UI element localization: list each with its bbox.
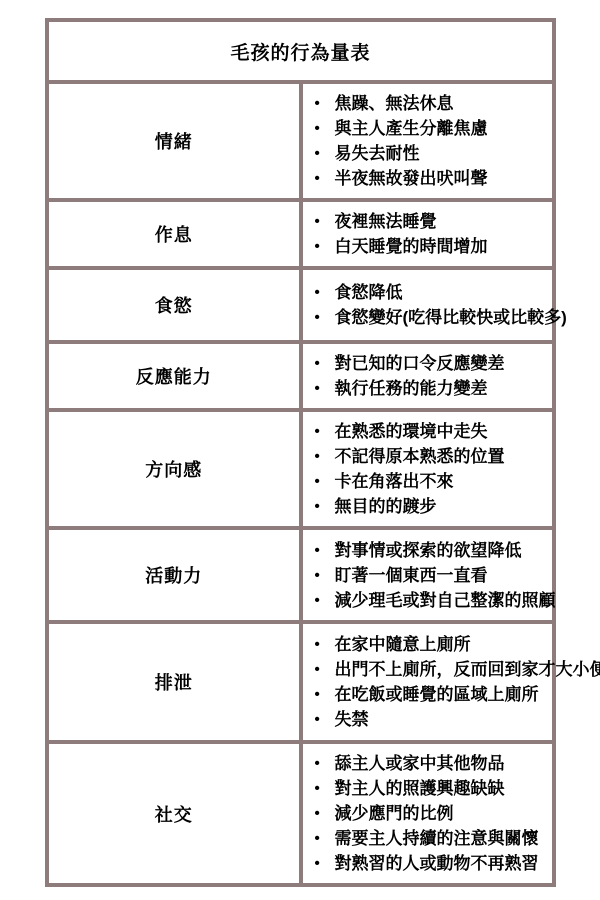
behavior-text: 需要主人持續的注意與關懷 <box>335 826 539 851</box>
category-label: 活動力 <box>47 528 301 622</box>
bullet-icon: • <box>315 851 335 876</box>
behavior-text: 半夜無故發出吠叫聲 <box>335 166 488 191</box>
behavior-text: 盯著一個東西一直看 <box>335 563 488 588</box>
table-row: 方向感•在熟悉的環境中走失•不記得原本熟悉的位置•卡在角落出不來•無目的的踱步 <box>47 410 554 528</box>
behavior-text: 在家中隨意上廁所 <box>335 632 471 657</box>
bullet-icon: • <box>315 280 335 305</box>
behavior-list: •食慾降低•食慾變好(吃得比較快或比較多) <box>301 268 555 342</box>
behavior-text: 執行任務的能力變差 <box>335 376 488 401</box>
behavior-list: •夜裡無法睡覺•白天睡覺的時間增加 <box>301 200 555 268</box>
behavior-text: 對主人的照護興趣缺缺 <box>335 776 505 801</box>
bullet-icon: • <box>315 419 335 444</box>
category-label: 食慾 <box>47 268 301 342</box>
category-label: 情緒 <box>47 82 301 200</box>
behavior-text: 夜裡無法睡覺 <box>335 209 437 234</box>
bullet-icon: • <box>315 444 335 469</box>
behavior-text: 不記得原本熟悉的位置 <box>335 444 505 469</box>
behavior-text: 對已知的口令反應變差 <box>335 351 505 376</box>
table-row: 食慾•食慾降低•食慾變好(吃得比較快或比較多) <box>47 268 554 342</box>
bullet-icon: • <box>315 588 335 613</box>
bullet-icon: • <box>315 116 335 141</box>
behavior-text: 在熟悉的環境中走失 <box>335 419 488 444</box>
bullet-icon: • <box>315 91 335 116</box>
behavior-text: 無目的的踱步 <box>335 494 437 519</box>
behavior-item: •對已知的口令反應變差 <box>315 351 545 376</box>
behavior-list: •在家中隨意上廁所•出門不上廁所，反而回到家才大小便•在吃飯或睡覺的區域上廁所•… <box>301 622 555 742</box>
behavior-text: 對事情或探索的欲望降低 <box>335 538 522 563</box>
behavior-item: •卡在角落出不來 <box>315 469 545 494</box>
behavior-text: 舔主人或家中其他物品 <box>335 751 505 776</box>
behavior-item: •白天睡覺的時間增加 <box>315 234 545 259</box>
behavior-item: •需要主人持續的注意與關懷 <box>315 826 545 851</box>
bullet-icon: • <box>315 305 335 330</box>
behavior-item: •無目的的踱步 <box>315 494 545 519</box>
bullet-icon: • <box>315 776 335 801</box>
behavior-item: •食慾變好(吃得比較快或比較多) <box>315 305 545 330</box>
table-row: 作息•夜裡無法睡覺•白天睡覺的時間增加 <box>47 200 554 268</box>
table-row: 情緒•焦躁、無法休息•與主人產生分離焦慮•易失去耐性•半夜無故發出吠叫聲 <box>47 82 554 200</box>
bullet-icon: • <box>315 707 335 732</box>
category-label: 反應能力 <box>47 342 301 410</box>
behavior-text: 卡在角落出不來 <box>335 469 454 494</box>
table-title: 毛孩的行為量表 <box>47 20 554 82</box>
behavior-scale-table: 毛孩的行為量表 情緒•焦躁、無法休息•與主人產生分離焦慮•易失去耐性•半夜無故發… <box>45 18 556 887</box>
behavior-table-body: 毛孩的行為量表 情緒•焦躁、無法休息•與主人產生分離焦慮•易失去耐性•半夜無故發… <box>47 20 554 885</box>
category-label: 作息 <box>47 200 301 268</box>
behavior-item: •減少理毛或對自己整潔的照顧 <box>315 588 545 613</box>
behavior-item: •在吃飯或睡覺的區域上廁所 <box>315 682 545 707</box>
category-label: 排泄 <box>47 622 301 742</box>
behavior-text: 出門不上廁所，反而回到家才大小便 <box>335 657 600 682</box>
behavior-item: •焦躁、無法休息 <box>315 91 545 116</box>
bullet-icon: • <box>315 682 335 707</box>
behavior-item: •對主人的照護興趣缺缺 <box>315 776 545 801</box>
behavior-list: •在熟悉的環境中走失•不記得原本熟悉的位置•卡在角落出不來•無目的的踱步 <box>301 410 555 528</box>
behavior-text: 焦躁、無法休息 <box>335 91 454 116</box>
bullet-icon: • <box>315 657 335 682</box>
title-row: 毛孩的行為量表 <box>47 20 554 82</box>
table-row: 排泄•在家中隨意上廁所•出門不上廁所，反而回到家才大小便•在吃飯或睡覺的區域上廁… <box>47 622 554 742</box>
behavior-item: •失禁 <box>315 707 545 732</box>
bullet-icon: • <box>315 632 335 657</box>
bullet-icon: • <box>315 826 335 851</box>
behavior-text: 在吃飯或睡覺的區域上廁所 <box>335 682 539 707</box>
behavior-item: •對熟習的人或動物不再熟習 <box>315 851 545 876</box>
behavior-item: •減少應門的比例 <box>315 801 545 826</box>
behavior-list: •對事情或探索的欲望降低•盯著一個東西一直看•減少理毛或對自己整潔的照顧 <box>301 528 555 622</box>
bullet-icon: • <box>315 801 335 826</box>
behavior-item: •半夜無故發出吠叫聲 <box>315 166 545 191</box>
behavior-text: 食慾降低 <box>335 280 403 305</box>
table-row: 反應能力•對已知的口令反應變差•執行任務的能力變差 <box>47 342 554 410</box>
behavior-item: •舔主人或家中其他物品 <box>315 751 545 776</box>
bullet-icon: • <box>315 376 335 401</box>
behavior-list: •焦躁、無法休息•與主人產生分離焦慮•易失去耐性•半夜無故發出吠叫聲 <box>301 82 555 200</box>
category-label: 方向感 <box>47 410 301 528</box>
behavior-text: 減少理毛或對自己整潔的照顧 <box>335 588 556 613</box>
bullet-icon: • <box>315 351 335 376</box>
behavior-text: 易失去耐性 <box>335 141 420 166</box>
behavior-text: 對熟習的人或動物不再熟習 <box>335 851 539 876</box>
behavior-item: •不記得原本熟悉的位置 <box>315 444 545 469</box>
behavior-text: 減少應門的比例 <box>335 801 454 826</box>
bullet-icon: • <box>315 563 335 588</box>
behavior-item: •盯著一個東西一直看 <box>315 563 545 588</box>
table-row: 活動力•對事情或探索的欲望降低•盯著一個東西一直看•減少理毛或對自己整潔的照顧 <box>47 528 554 622</box>
behavior-item: •在熟悉的環境中走失 <box>315 419 545 444</box>
behavior-item: •在家中隨意上廁所 <box>315 632 545 657</box>
behavior-item: •易失去耐性 <box>315 141 545 166</box>
behavior-item: •與主人產生分離焦慮 <box>315 116 545 141</box>
page: 毛孩的行為量表 情緒•焦躁、無法休息•與主人產生分離焦慮•易失去耐性•半夜無故發… <box>0 0 600 900</box>
behavior-text: 與主人產生分離焦慮 <box>335 116 488 141</box>
bullet-icon: • <box>315 494 335 519</box>
bullet-icon: • <box>315 469 335 494</box>
behavior-text: 失禁 <box>335 707 369 732</box>
bullet-icon: • <box>315 166 335 191</box>
behavior-text: 食慾變好(吃得比較快或比較多) <box>335 305 567 330</box>
bullet-icon: • <box>315 234 335 259</box>
behavior-item: •執行任務的能力變差 <box>315 376 545 401</box>
behavior-item: •出門不上廁所，反而回到家才大小便 <box>315 657 545 682</box>
behavior-item: •食慾降低 <box>315 280 545 305</box>
behavior-list: •對已知的口令反應變差•執行任務的能力變差 <box>301 342 555 410</box>
behavior-list: •舔主人或家中其他物品•對主人的照護興趣缺缺•減少應門的比例•需要主人持續的注意… <box>301 742 555 885</box>
category-label: 社交 <box>47 742 301 885</box>
bullet-icon: • <box>315 209 335 234</box>
bullet-icon: • <box>315 141 335 166</box>
behavior-item: •對事情或探索的欲望降低 <box>315 538 545 563</box>
behavior-text: 白天睡覺的時間增加 <box>335 234 488 259</box>
bullet-icon: • <box>315 751 335 776</box>
table-row: 社交•舔主人或家中其他物品•對主人的照護興趣缺缺•減少應門的比例•需要主人持續的… <box>47 742 554 885</box>
bullet-icon: • <box>315 538 335 563</box>
behavior-item: •夜裡無法睡覺 <box>315 209 545 234</box>
